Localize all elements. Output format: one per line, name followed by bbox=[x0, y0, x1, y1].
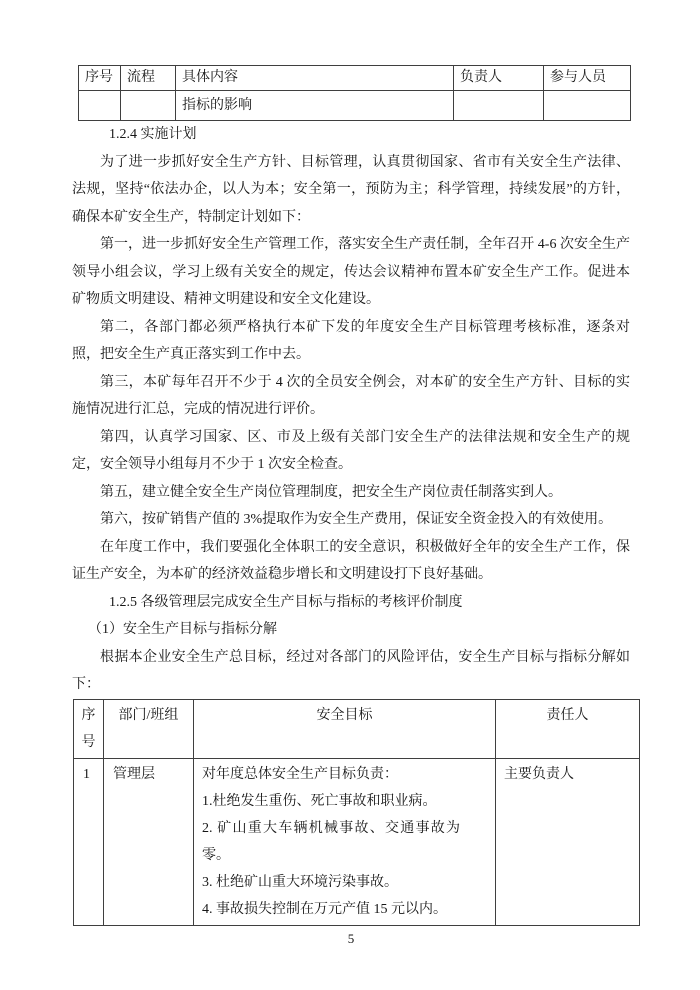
process-table-row: 指标的影响 bbox=[79, 91, 631, 121]
paragraph-item-third: 第三，本矿每年召开不少于 4 次的全员安全例会，对本矿的安全生产方针、目标的实施… bbox=[72, 369, 630, 424]
document-page: 序号 流程 具体内容 负责人 参与人员 指标的影响 1.2.4 实施计划 为了进… bbox=[0, 0, 700, 990]
goal-table-header-seq: 序号 bbox=[74, 699, 104, 758]
paragraph-item-sixth: 第六，按矿销售产值的 3%提取作为安全生产费用，保证安全资金投入的有效使用。 bbox=[72, 506, 630, 534]
paragraph-annual-summary: 在年度工作中，我们要强化全体职工的安全意识，积极做好全年的安全生产工作，保证生产… bbox=[72, 534, 630, 589]
goal-table-cell-dept: 管理层 bbox=[104, 758, 194, 925]
process-table-header-owner: 负责人 bbox=[454, 66, 544, 91]
paragraph-item-fifth: 第五，建立健全安全生产岗位管理制度，把安全生产岗位责任制落实到人。 bbox=[72, 479, 630, 507]
goal-line-3: 3. 杜绝矿山重大环境污染事故。 bbox=[202, 869, 460, 896]
process-table-header-seq: 序号 bbox=[79, 66, 121, 91]
paragraph-item-first: 第一，进一步抓好安全生产管理工作，落实安全生产责任制，全年召开 4-6 次安全生… bbox=[72, 231, 630, 314]
heading-goal-decomposition: （1）安全生产目标与指标分解 bbox=[72, 616, 630, 644]
goal-table-cell-responsible: 主要负责人 bbox=[496, 758, 640, 925]
process-table-header-participants: 参与人员 bbox=[544, 66, 631, 91]
goal-line-2: 2. 矿山重大车辆机械事故、交通事故为零。 bbox=[202, 815, 460, 869]
paragraph-decomposition-intro: 根据本企业安全生产总目标，经过对各部门的风险评估，安全生产目标与指标分解如下： bbox=[72, 644, 630, 699]
heading-1-2-5: 1.2.5 各级管理层完成安全生产目标与指标的考核评价制度 bbox=[72, 589, 630, 617]
goal-line-4: 4. 事故损失控制在万元产值 15 元以内。 bbox=[202, 896, 460, 923]
goal-table-header-dept: 部门/班组 bbox=[104, 699, 194, 758]
heading-1-2-4: 1.2.4 实施计划 bbox=[72, 121, 630, 149]
goal-table-cell-seq: 1 bbox=[74, 758, 104, 925]
process-table-header-row: 序号 流程 具体内容 负责人 参与人员 bbox=[79, 66, 631, 91]
process-table-cell-detail: 指标的影响 bbox=[176, 91, 454, 121]
page-number: 5 bbox=[72, 930, 630, 948]
goal-table-header-row: 序号 部门/班组 安全目标 责任人 bbox=[74, 699, 640, 758]
process-table: 序号 流程 具体内容 负责人 参与人员 指标的影响 bbox=[78, 65, 631, 121]
paragraph-item-fourth: 第四，认真学习国家、区、市及上级有关部门安全生产的法律法规和安全生产的规定，安全… bbox=[72, 424, 630, 479]
paragraph-item-second: 第二，各部门都必须严格执行本矿下发的年度安全生产目标管理考核标准，逐条对照，把安… bbox=[72, 314, 630, 369]
goal-table-header-goal: 安全目标 bbox=[194, 699, 496, 758]
goal-table-header-responsible: 责任人 bbox=[496, 699, 640, 758]
process-table-cell-flow bbox=[121, 91, 176, 121]
process-table-header-flow: 流程 bbox=[121, 66, 176, 91]
page-content: 序号 流程 具体内容 负责人 参与人员 指标的影响 1.2.4 实施计划 为了进… bbox=[0, 0, 700, 948]
process-table-cell-seq bbox=[79, 91, 121, 121]
process-table-cell-participants bbox=[544, 91, 631, 121]
goal-line-1: 1.杜绝发生重伤、死亡事故和职业病。 bbox=[202, 788, 460, 815]
paragraph-plan-intro: 为了进一步抓好安全生产方针、目标管理，认真贯彻国家、省市有关安全生产法律、法规，… bbox=[72, 149, 630, 232]
goal-table: 序号 部门/班组 安全目标 责任人 1 管理层 对年度总体安全生产目标负责： 1… bbox=[73, 699, 640, 926]
process-table-header-detail: 具体内容 bbox=[176, 66, 454, 91]
goal-line-header: 对年度总体安全生产目标负责： bbox=[202, 761, 460, 788]
goal-table-row: 1 管理层 对年度总体安全生产目标负责： 1.杜绝发生重伤、死亡事故和职业病。 … bbox=[74, 758, 640, 925]
goal-table-cell-goals: 对年度总体安全生产目标负责： 1.杜绝发生重伤、死亡事故和职业病。 2. 矿山重… bbox=[194, 758, 496, 925]
process-table-cell-owner bbox=[454, 91, 544, 121]
